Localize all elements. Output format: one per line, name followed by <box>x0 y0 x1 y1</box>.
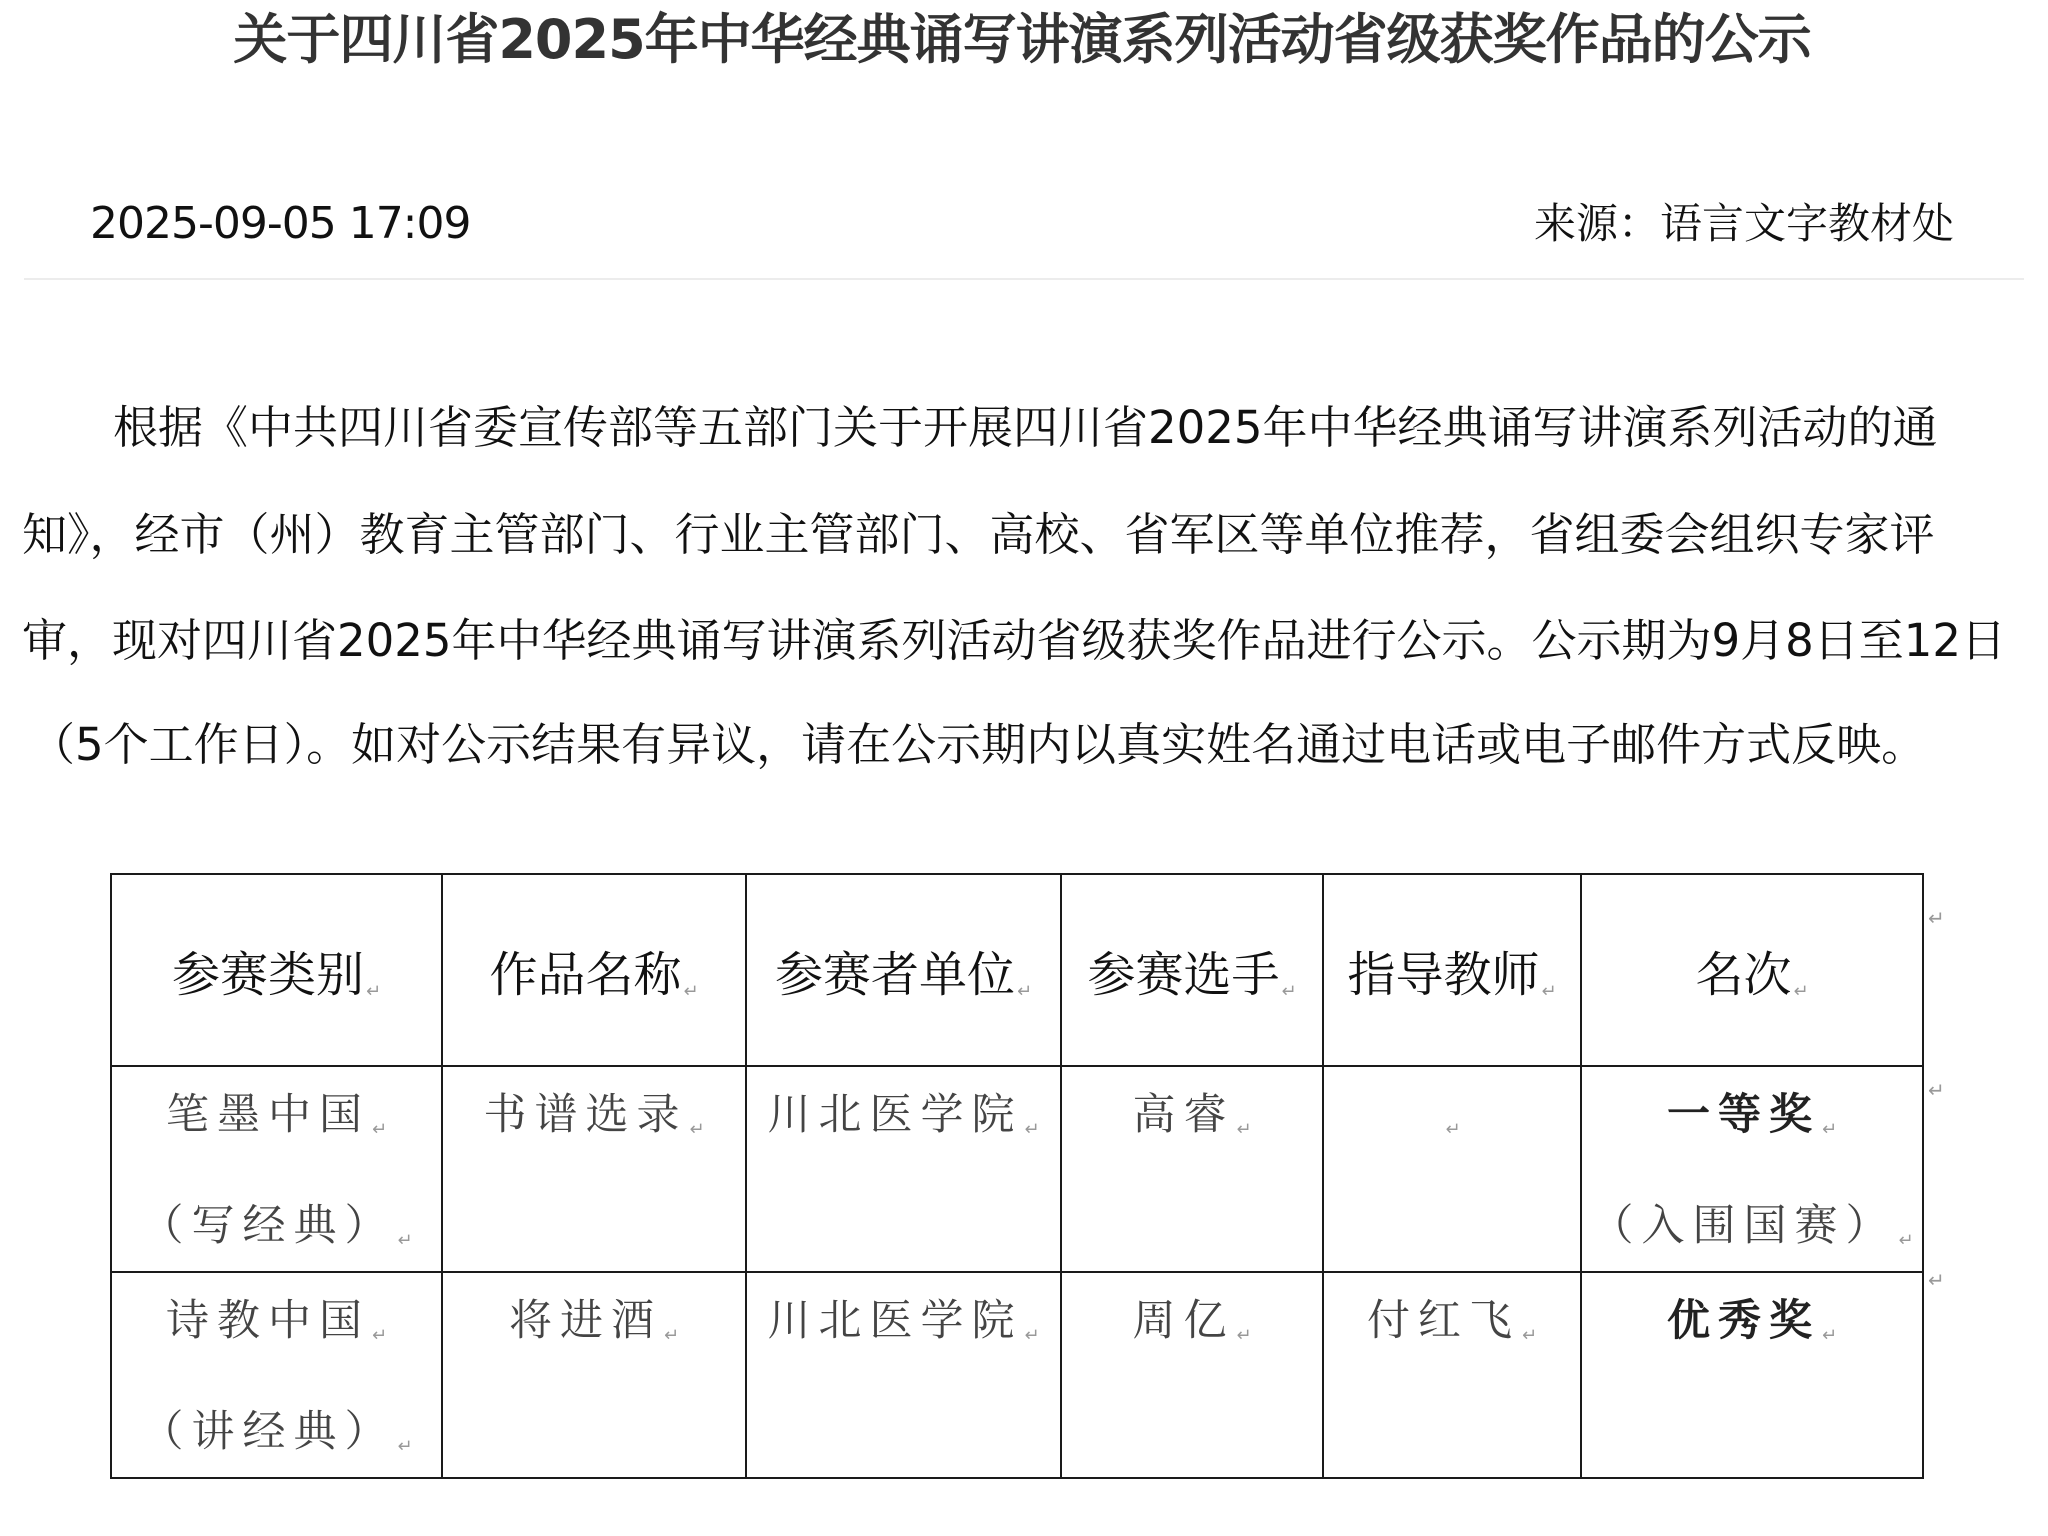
paragraph-mark-icon: ↵ <box>1793 981 1808 1002</box>
paragraph-line: （5个工作日）。如对公示结果有异议，请在公示期内以真实姓名通过电话或电子邮件方式… <box>30 715 1926 775</box>
paragraph-mark-icon: ↵ <box>366 981 381 1002</box>
header-category: 参赛类别↵ <box>111 874 442 1066</box>
paragraph-mark-icon: ↵ <box>372 1325 387 1346</box>
header-divider <box>24 278 2024 280</box>
paragraph-mark-icon: ↵ <box>683 981 698 1002</box>
cell-teacher: ↵ <box>1323 1066 1581 1272</box>
cell-contestant: 周亿↵ <box>1061 1272 1323 1478</box>
table-header-row: 参赛类别↵ 作品名称↵ 参赛者单位↵ 参赛选手↵ 指导教师↵ 名次↵ <box>111 874 1923 1066</box>
paragraph-mark-icon: ↵ <box>1236 1325 1251 1346</box>
paragraph-mark-icon: ↵ <box>1445 1119 1460 1140</box>
paragraph-mark-icon: ↵ <box>1017 981 1032 1002</box>
page-title: 关于四川省2025年中华经典诵写讲演系列活动省级获奖作品的公示 <box>0 4 2044 76</box>
row-end-mark-icon: ↵ <box>1928 906 1945 930</box>
header-work: 作品名称↵ <box>442 874 746 1066</box>
paragraph-mark-icon: ↵ <box>689 1119 704 1140</box>
paragraph-mark-icon: ↵ <box>664 1325 679 1346</box>
cell-unit: 川北医学院↵ <box>746 1272 1061 1478</box>
paragraph-mark-icon: ↵ <box>397 1436 412 1457</box>
paragraph-mark-icon: ↵ <box>1898 1230 1913 1251</box>
cell-contestant: 高睿↵ <box>1061 1066 1323 1272</box>
paragraph-mark-icon: ↵ <box>1822 1119 1837 1140</box>
header-contestant: 参赛选手↵ <box>1061 874 1323 1066</box>
cell-teacher: 付红飞↵ <box>1323 1272 1581 1478</box>
table-row: 笔墨中国↵ （写经典）↵ 书谱选录↵ 川北医学院↵ 高睿↵ ↵ 一等奖↵ （入围… <box>111 1066 1923 1272</box>
row-end-mark-icon: ↵ <box>1928 1268 1945 1292</box>
header-rank: 名次↵ <box>1581 874 1923 1066</box>
paragraph-line: 审，现对四川省2025年中华经典诵写讲演系列活动省级获奖作品进行公示。公示期为9… <box>22 611 2006 671</box>
header-unit: 参赛者单位↵ <box>746 874 1061 1066</box>
table-row: 诗教中国↵ （讲经典）↵ 将进酒↵ 川北医学院↵ 周亿↵ 付红飞↵ 优秀奖↵ <box>111 1272 1923 1478</box>
paragraph-mark-icon: ↵ <box>397 1230 412 1251</box>
cell-unit: 川北医学院↵ <box>746 1066 1061 1272</box>
paragraph-mark-icon: ↵ <box>1822 1325 1837 1346</box>
publish-date: 2025-09-05 17:09 <box>90 196 471 252</box>
paragraph-line: 根据《中共四川省委宣传部等五部门关于开展四川省2025年中华经典诵写讲演系列活动… <box>113 398 1938 458</box>
paragraph-mark-icon: ↵ <box>1024 1325 1039 1346</box>
cell-category: 笔墨中国↵ （写经典）↵ <box>111 1066 442 1272</box>
source-label: 来源：语言文字教材处 <box>1534 196 1954 252</box>
paragraph-mark-icon: ↵ <box>372 1119 387 1140</box>
cell-rank: 一等奖↵ （入围国赛）↵ <box>1581 1066 1923 1272</box>
cell-work: 将进酒↵ <box>442 1272 746 1478</box>
cell-rank: 优秀奖↵ <box>1581 1272 1923 1478</box>
cell-work: 书谱选录↵ <box>442 1066 746 1272</box>
paragraph-mark-icon: ↵ <box>1024 1119 1039 1140</box>
row-end-mark-icon: ↵ <box>1928 1078 1945 1102</box>
cell-category: 诗教中国↵ （讲经典）↵ <box>111 1272 442 1478</box>
paragraph-mark-icon: ↵ <box>1281 981 1296 1002</box>
paragraph-line: 知》，经市（州）教育主管部门、行业主管部门、高校、省军区等单位推荐，省组委会组织… <box>22 505 1935 565</box>
paragraph-mark-icon: ↵ <box>1236 1119 1251 1140</box>
paragraph-mark-icon: ↵ <box>1522 1325 1537 1346</box>
header-teacher: 指导教师↵ <box>1323 874 1581 1066</box>
paragraph-mark-icon: ↵ <box>1541 981 1556 1002</box>
award-table: 参赛类别↵ 作品名称↵ 参赛者单位↵ 参赛选手↵ 指导教师↵ 名次↵ 笔墨中国↵… <box>110 873 1924 1479</box>
